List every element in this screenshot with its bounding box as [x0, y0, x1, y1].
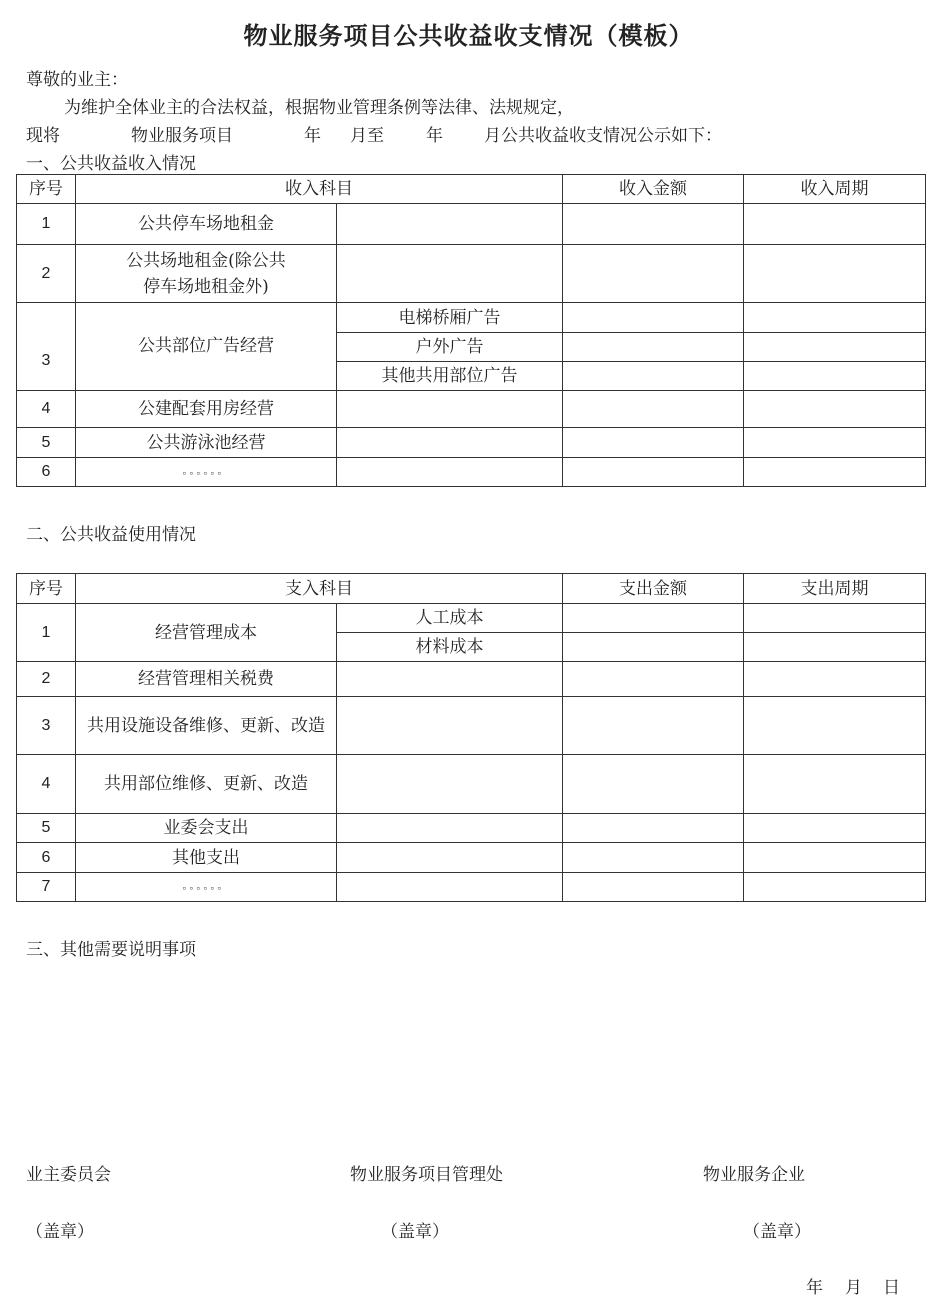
- amount-cell[interactable]: [563, 391, 744, 428]
- date-year: 年: [806, 1273, 823, 1298]
- sub-item-cell[interactable]: [337, 204, 563, 245]
- header-item: 支入科目: [76, 574, 563, 604]
- table-row: 7 。。。。。。: [17, 873, 926, 902]
- period-cell[interactable]: [744, 633, 926, 662]
- period-cell[interactable]: [744, 303, 926, 333]
- row-no: 7: [17, 873, 76, 902]
- table-row: 3 共用设施设备维修、更新、改造: [17, 697, 926, 755]
- row-item: 公建配套用房经营: [76, 391, 337, 428]
- period-cell[interactable]: [744, 697, 926, 755]
- row-no: 1: [17, 204, 76, 245]
- section3-heading: 三、其他需要说明事项: [26, 935, 196, 960]
- sub-item-cell[interactable]: [337, 814, 563, 843]
- period-cell[interactable]: [744, 873, 926, 902]
- period-cell[interactable]: [744, 843, 926, 873]
- intro-line: 为维护全体业主的合法权益，根据物业管理条例等法律、法规规定，: [64, 93, 574, 118]
- amount-cell[interactable]: [563, 755, 744, 814]
- row-item: 公共游泳池经营: [76, 428, 337, 458]
- income-table: 序号 收入科目 收入金额 收入周期 1 公共停车场地租金 2 公共场地租金(除公…: [16, 174, 926, 487]
- period-cell[interactable]: [744, 755, 926, 814]
- table-row: 3 公共部位广告经营 电梯桥厢广告: [17, 303, 926, 333]
- sub-item-cell[interactable]: [337, 697, 563, 755]
- period-cell[interactable]: [744, 428, 926, 458]
- sub-item-cell[interactable]: [337, 843, 563, 873]
- row-no: 1: [17, 604, 76, 662]
- period-cell[interactable]: [744, 204, 926, 245]
- amount-cell[interactable]: [563, 362, 744, 391]
- sub-item-cell[interactable]: [337, 458, 563, 487]
- date-month: 月: [845, 1273, 862, 1298]
- sub-item-cell[interactable]: [337, 755, 563, 814]
- sub-item-cell[interactable]: [337, 428, 563, 458]
- row-item: 公共部位广告经营: [76, 303, 337, 391]
- table-header-row: 序号 收入科目 收入金额 收入周期: [17, 175, 926, 204]
- row-no: 4: [17, 755, 76, 814]
- row-item: 共用设施设备维修、更新、改造: [76, 697, 337, 755]
- announce-month-to: 月至: [350, 121, 384, 146]
- row-no: 2: [17, 245, 76, 303]
- amount-cell[interactable]: [563, 458, 744, 487]
- row-item: 共用部位维修、更新、改造: [76, 755, 337, 814]
- row-no: 4: [17, 391, 76, 428]
- amount-cell[interactable]: [563, 662, 744, 697]
- period-cell[interactable]: [744, 362, 926, 391]
- row-no: 6: [17, 458, 76, 487]
- amount-cell[interactable]: [563, 245, 744, 303]
- row-no: 5: [17, 428, 76, 458]
- row-item-ellipsis: 。。。。。。: [76, 873, 337, 902]
- signature-owners-committee: 业主委员会: [26, 1160, 111, 1185]
- announce-project: 物业服务项目: [131, 121, 233, 146]
- header-amount: 收入金额: [563, 175, 744, 204]
- row-no: 3: [17, 697, 76, 755]
- period-cell[interactable]: [744, 333, 926, 362]
- row-item-ellipsis: 。。。。。。: [76, 458, 337, 487]
- amount-cell[interactable]: [563, 633, 744, 662]
- amount-cell[interactable]: [563, 604, 744, 633]
- announce-year2: 年: [426, 121, 443, 146]
- sub-item-cell[interactable]: [337, 873, 563, 902]
- amount-cell[interactable]: [563, 814, 744, 843]
- header-period: 支出周期: [744, 574, 926, 604]
- sub-item: 户外广告: [337, 333, 563, 362]
- signature-management-office: 物业服务项目管理处: [350, 1160, 503, 1185]
- header-amount: 支出金额: [563, 574, 744, 604]
- sub-item: 材料成本: [337, 633, 563, 662]
- period-cell[interactable]: [744, 391, 926, 428]
- expense-table: 序号 支入科目 支出金额 支出周期 1 经营管理成本 人工成本 材料成本 2 经…: [16, 573, 926, 902]
- section1-heading: 一、公共收益收入情况: [26, 149, 196, 174]
- period-cell[interactable]: [744, 245, 926, 303]
- page-title: 物业服务项目公共收益收支情况（模板）: [0, 16, 937, 51]
- section2-heading: 二、公共收益使用情况: [26, 520, 196, 545]
- amount-cell[interactable]: [563, 697, 744, 755]
- header-no: 序号: [17, 574, 76, 604]
- row-item: 经营管理相关税费: [76, 662, 337, 697]
- stamp-management-office: （盖章）: [381, 1217, 449, 1242]
- period-cell[interactable]: [744, 662, 926, 697]
- table-row: 5 公共游泳池经营: [17, 428, 926, 458]
- greeting: 尊敬的业主：: [26, 65, 128, 90]
- period-cell[interactable]: [744, 604, 926, 633]
- row-item: 其他支出: [76, 843, 337, 873]
- header-no: 序号: [17, 175, 76, 204]
- stamp-owners-committee: （盖章）: [26, 1217, 94, 1242]
- sub-item-cell[interactable]: [337, 245, 563, 303]
- table-row: 4 公建配套用房经营: [17, 391, 926, 428]
- table-row: 1 公共停车场地租金: [17, 204, 926, 245]
- amount-cell[interactable]: [563, 873, 744, 902]
- row-no: 3: [17, 303, 76, 391]
- stamp-service-company: （盖章）: [743, 1217, 811, 1242]
- row-no: 2: [17, 662, 76, 697]
- table-row: 6 其他支出: [17, 843, 926, 873]
- row-item: 公共场地租金(除公共停车场地租金外): [76, 245, 337, 303]
- row-no: 5: [17, 814, 76, 843]
- row-no: 6: [17, 843, 76, 873]
- amount-cell[interactable]: [563, 428, 744, 458]
- amount-cell[interactable]: [563, 333, 744, 362]
- amount-cell[interactable]: [563, 843, 744, 873]
- header-item: 收入科目: [76, 175, 563, 204]
- table-row: 4 共用部位维修、更新、改造: [17, 755, 926, 814]
- date-day: 日: [883, 1273, 900, 1298]
- amount-cell[interactable]: [563, 303, 744, 333]
- row-item: 经营管理成本: [76, 604, 337, 662]
- table-row: 5 业委会支出: [17, 814, 926, 843]
- row-item: 公共停车场地租金: [76, 204, 337, 245]
- sub-item: 电梯桥厢广告: [337, 303, 563, 333]
- header-period: 收入周期: [744, 175, 926, 204]
- announce-prefix: 现将: [26, 121, 60, 146]
- amount-cell[interactable]: [563, 204, 744, 245]
- period-cell[interactable]: [744, 814, 926, 843]
- table-row: 6 。。。。。。: [17, 458, 926, 487]
- sub-item: 其他共用部位广告: [337, 362, 563, 391]
- sub-item: 人工成本: [337, 604, 563, 633]
- signature-service-company: 物业服务企业: [703, 1160, 805, 1185]
- announce-suffix: 月公共收益收支情况公示如下：: [484, 121, 722, 146]
- period-cell[interactable]: [744, 458, 926, 487]
- sub-item-cell[interactable]: [337, 391, 563, 428]
- table-row: 2 经营管理相关税费: [17, 662, 926, 697]
- table-row: 1 经营管理成本 人工成本: [17, 604, 926, 633]
- table-header-row: 序号 支入科目 支出金额 支出周期: [17, 574, 926, 604]
- table-row: 2 公共场地租金(除公共停车场地租金外): [17, 245, 926, 303]
- row-item: 业委会支出: [76, 814, 337, 843]
- announce-year1: 年: [304, 121, 321, 146]
- sub-item-cell[interactable]: [337, 662, 563, 697]
